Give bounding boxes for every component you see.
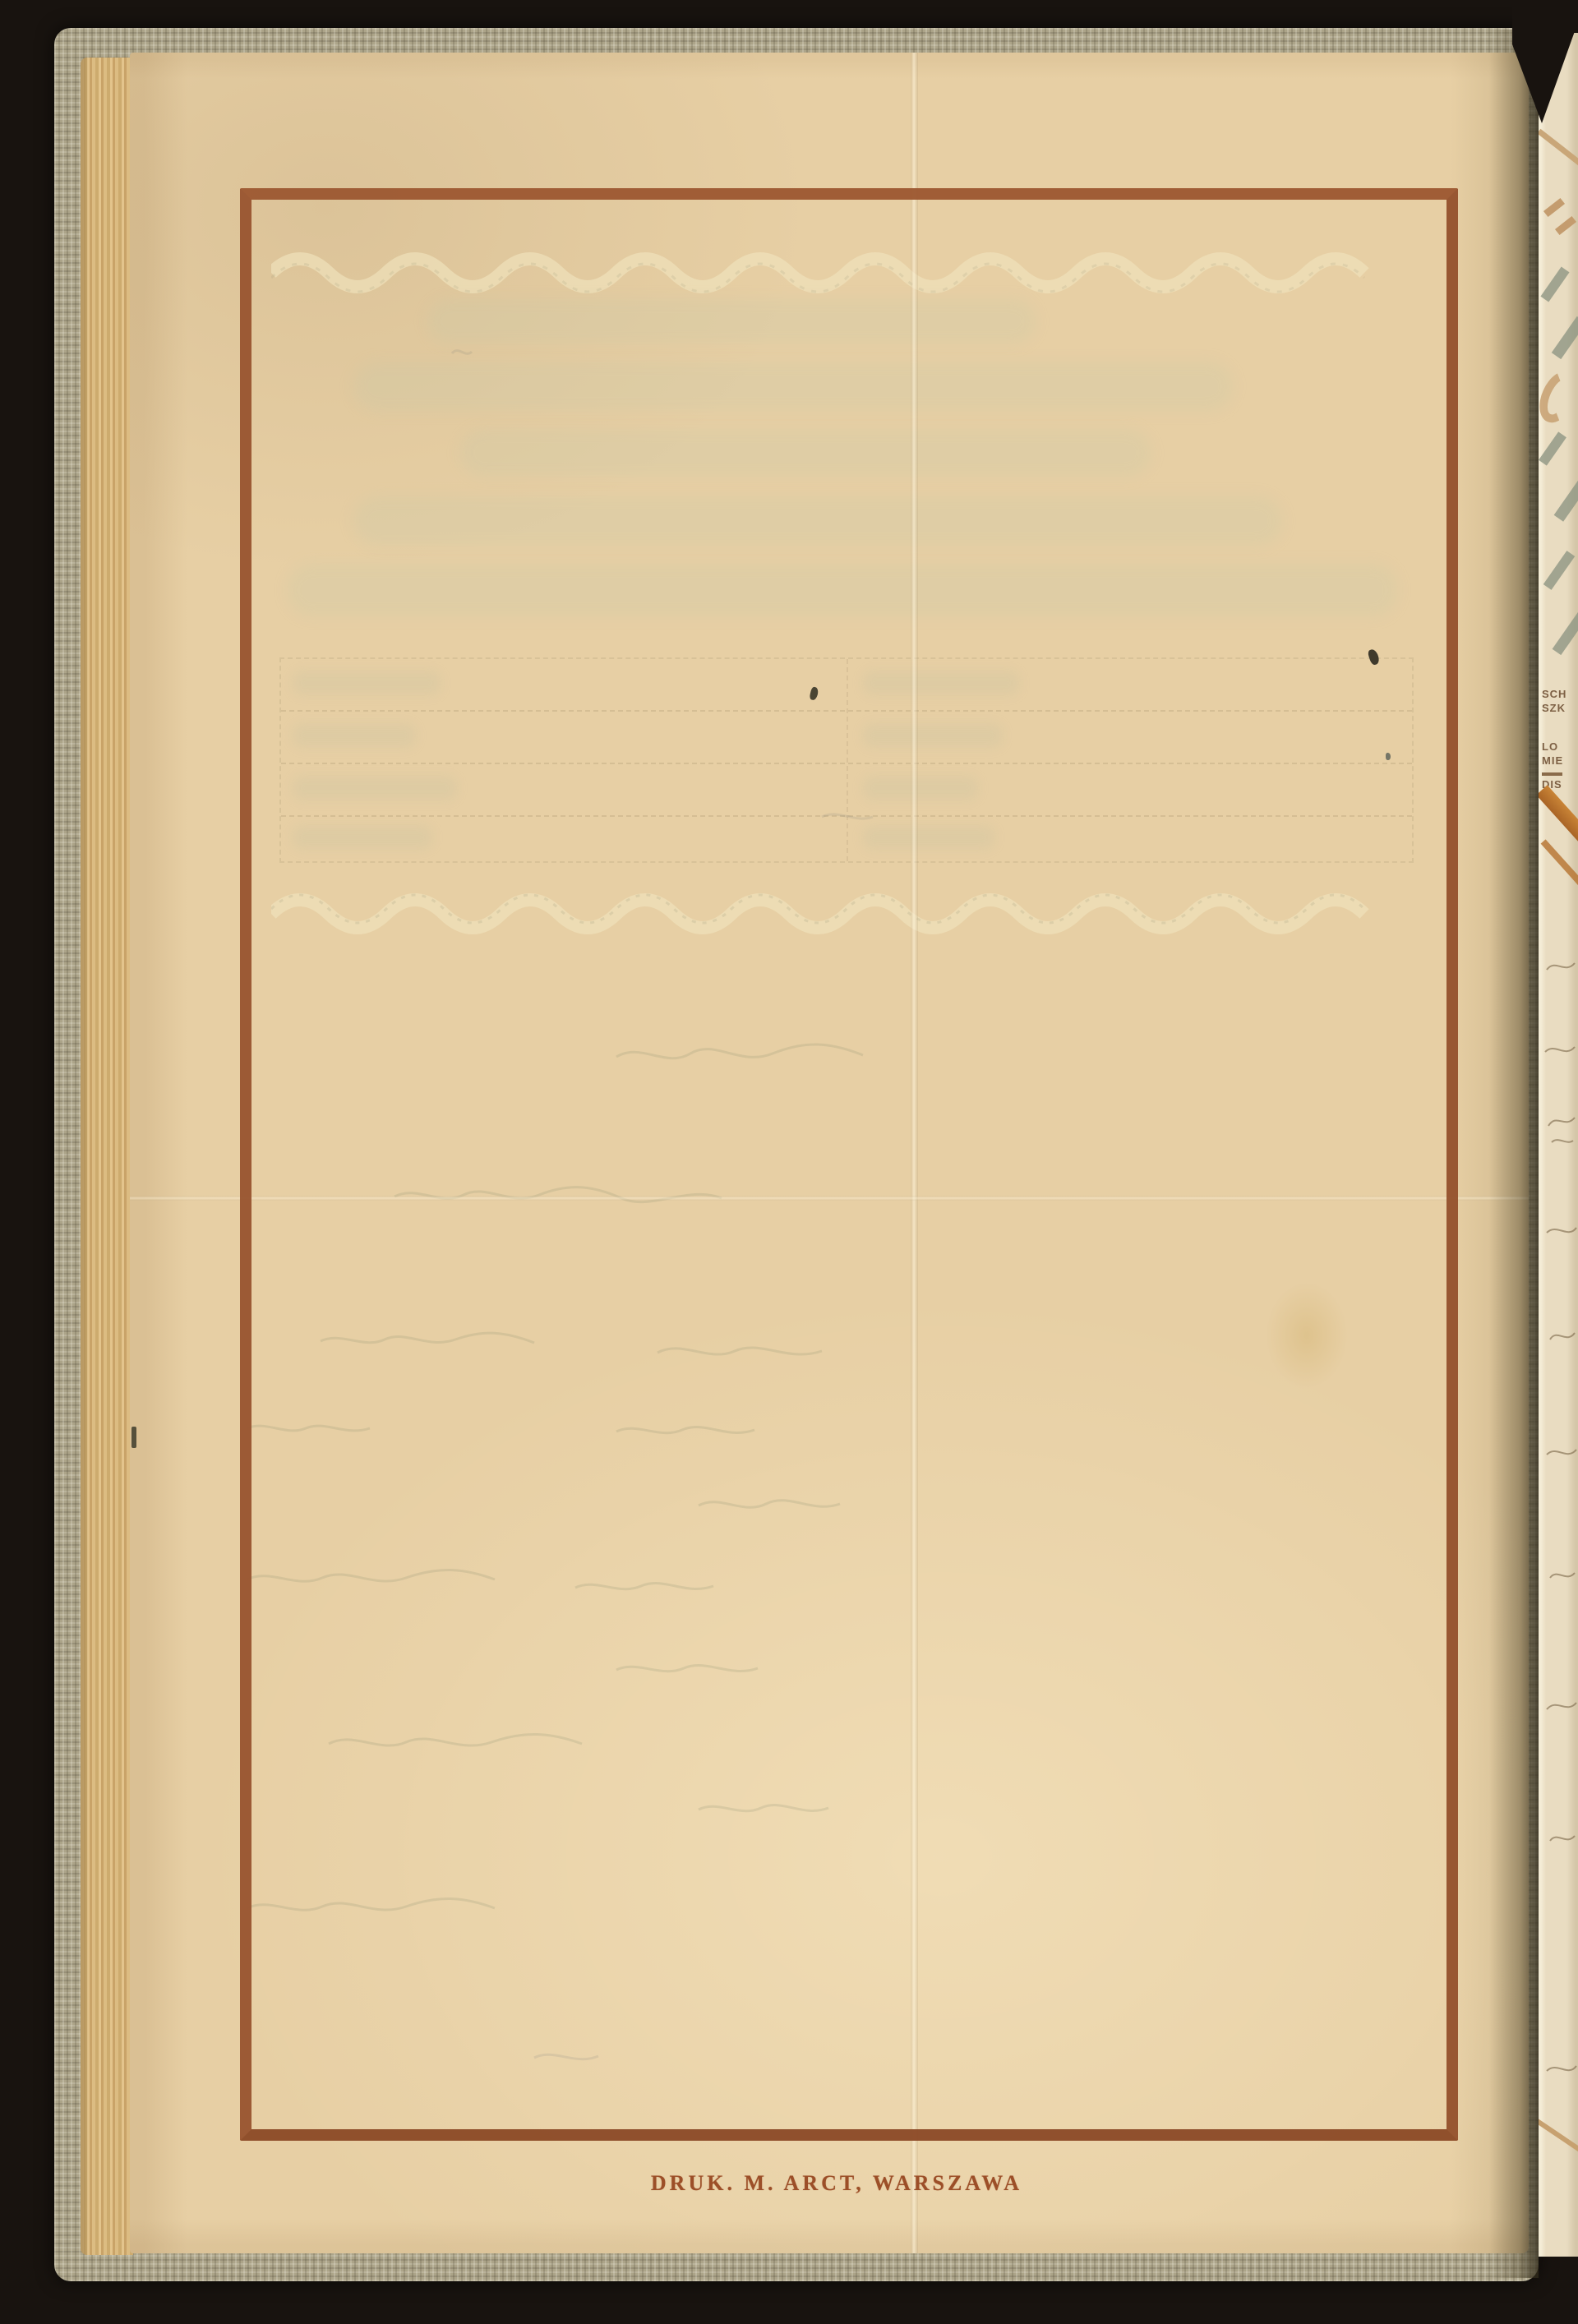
title-glyph-fragment <box>1539 431 1566 465</box>
title-glyph-fragment <box>1553 611 1578 655</box>
printer-imprint: DRUK. M. ARCT, WARSZAWA <box>130 2171 1529 2196</box>
ornament-fragment <box>1543 198 1565 217</box>
text-fragment-line: SZK <box>1542 701 1566 715</box>
next-page-edge: SCH SZK LO MIE DIS PO <box>1539 33 1578 2257</box>
title-glyph-fragment <box>1543 551 1576 590</box>
paper-stain <box>1266 1282 1348 1389</box>
text-fragment-line: MIE <box>1542 754 1563 768</box>
page-border-frame <box>240 188 1458 2141</box>
next-page-border-fragment <box>1539 129 1578 173</box>
gutter-shadow <box>1489 30 1539 2278</box>
page-stack-fore-edge <box>81 58 133 2255</box>
book-page: DRUK. M. ARCT, WARSZAWA <box>130 53 1529 2253</box>
title-glyph-fragment <box>1539 366 1578 429</box>
text-fragment-line: SCH <box>1542 687 1566 701</box>
next-page-text-fragment: LO MIE <box>1542 740 1563 768</box>
next-page-border-fragment <box>1539 2118 1578 2156</box>
handwriting-fragments <box>1539 953 1578 2120</box>
ink-speck <box>131 1427 136 1448</box>
orange-ornament-fragment <box>1541 839 1578 886</box>
book-scan: DRUK. M. ARCT, WARSZAWA SCH SZK LO MIE D… <box>0 0 1578 2324</box>
ink-speck <box>1386 753 1391 760</box>
title-glyph-fragment <box>1554 476 1578 522</box>
text-fragment-line: LO <box>1542 740 1563 754</box>
title-glyph-fragment <box>1540 267 1569 302</box>
next-page-text-fragment: SCH SZK <box>1542 687 1566 715</box>
ornament-fragment <box>1555 216 1576 235</box>
title-glyph-fragment <box>1552 316 1578 359</box>
